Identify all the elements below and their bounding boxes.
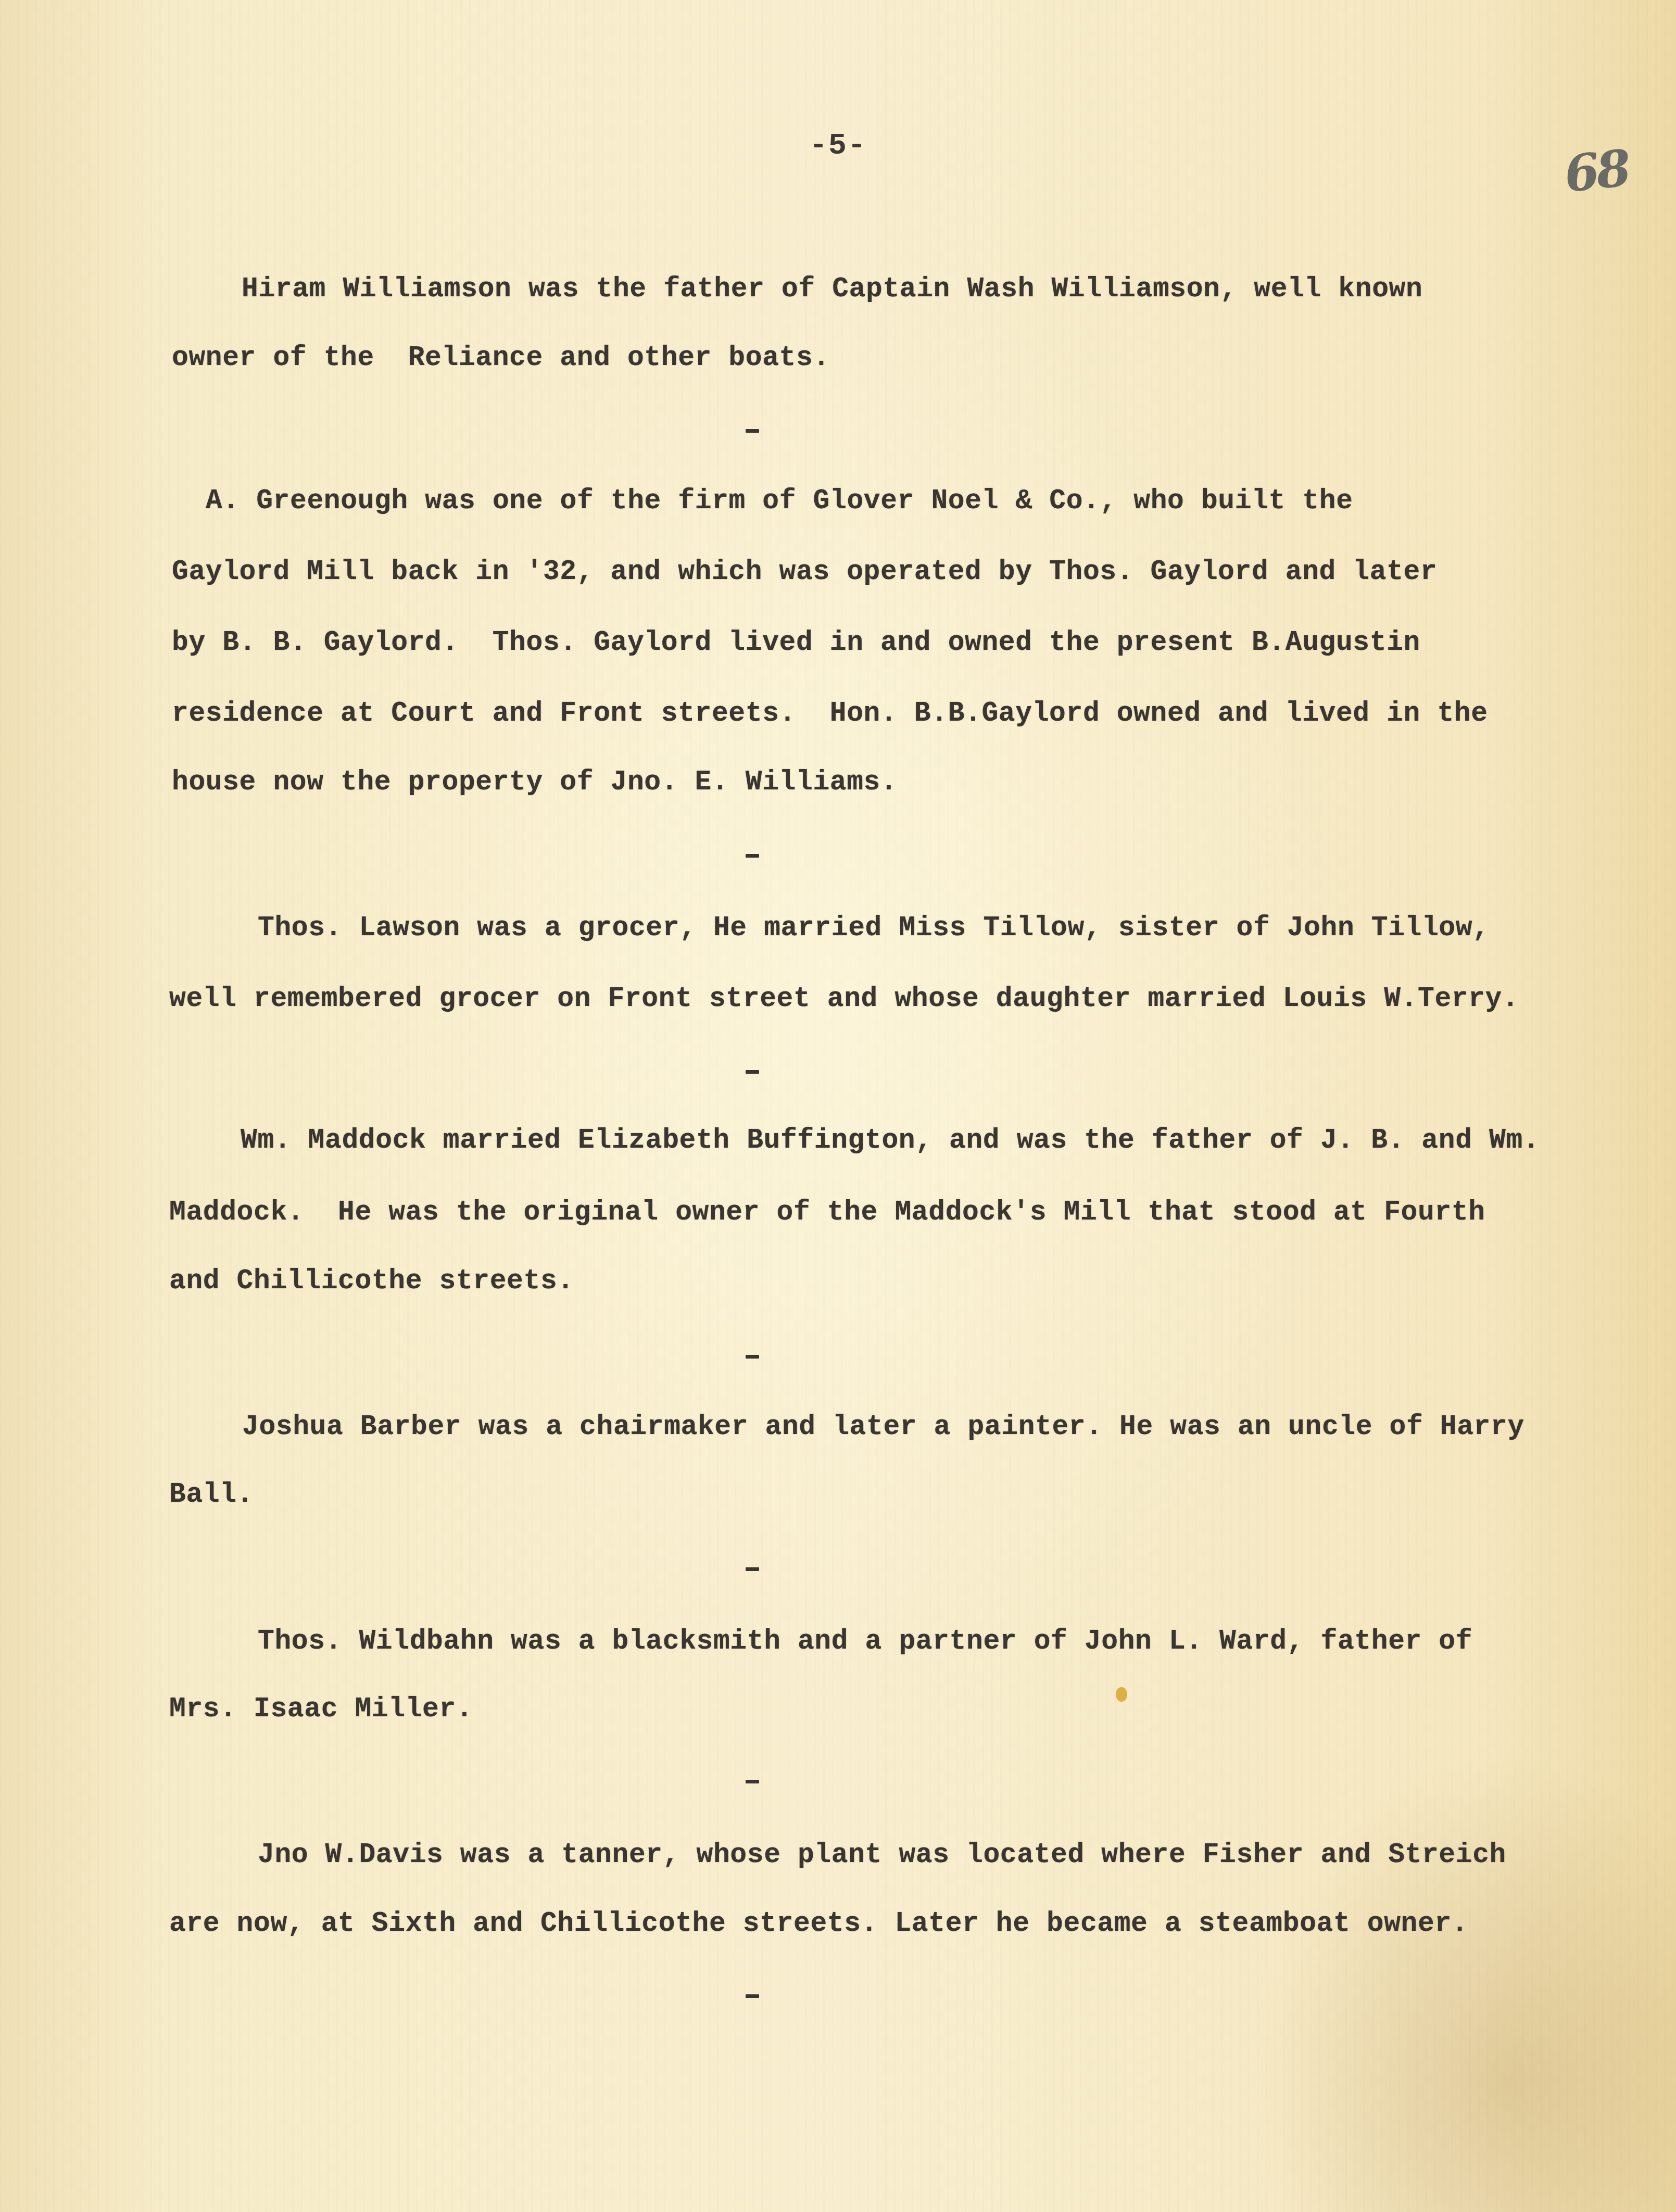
text-line: A. Greenough was one of the firm of Glov… bbox=[206, 485, 1353, 517]
separator-dash bbox=[746, 1994, 759, 1998]
text-line: Ball. bbox=[169, 1479, 254, 1510]
separator-dash bbox=[746, 1567, 759, 1571]
handwritten-folio-number: 68 bbox=[1561, 139, 1631, 204]
text-line: Jno W.Davis was a tanner, whose plant wa… bbox=[258, 1839, 1506, 1870]
text-line: Maddock. He was the original owner of th… bbox=[169, 1197, 1485, 1228]
text-line: Joshua Barber was a chairmaker and later… bbox=[242, 1411, 1524, 1442]
text-line: Wm. Maddock married Elizabeth Buffington… bbox=[241, 1125, 1540, 1156]
text-line: house now the property of Jno. E. Willia… bbox=[172, 766, 897, 798]
text-line: by B. B. Gaylord. Thos. Gaylord lived in… bbox=[172, 627, 1420, 658]
text-line: well remembered grocer on Front street a… bbox=[169, 983, 1519, 1014]
text-line: are now, at Sixth and Chillicothe street… bbox=[169, 1908, 1468, 1939]
text-line: owner of the Reliance and other boats. bbox=[172, 342, 830, 373]
text-line: Thos. Wildbahn was a blacksmith and a pa… bbox=[258, 1626, 1472, 1657]
separator-dash bbox=[746, 1780, 759, 1783]
separator-dash bbox=[746, 1070, 759, 1074]
typed-document-page: -5- 68 Hiram Williamson was the father o… bbox=[0, 0, 1676, 2212]
text-line: residence at Court and Front streets. Ho… bbox=[172, 698, 1488, 729]
text-line: Gaylord Mill back in '32, and which was … bbox=[172, 556, 1437, 587]
separator-dash bbox=[746, 1355, 759, 1359]
text-line: Thos. Lawson was a grocer, He married Mi… bbox=[258, 912, 1490, 944]
text-line: Mrs. Isaac Miller. bbox=[169, 1693, 473, 1725]
separator-dash bbox=[746, 429, 759, 433]
paper-stain bbox=[1116, 1687, 1127, 1702]
text-line: and Chillicothe streets. bbox=[169, 1265, 574, 1297]
separator-dash bbox=[746, 854, 759, 858]
page-number: -5- bbox=[0, 129, 1676, 163]
text-line: Hiram Williamson was the father of Capta… bbox=[242, 273, 1422, 305]
